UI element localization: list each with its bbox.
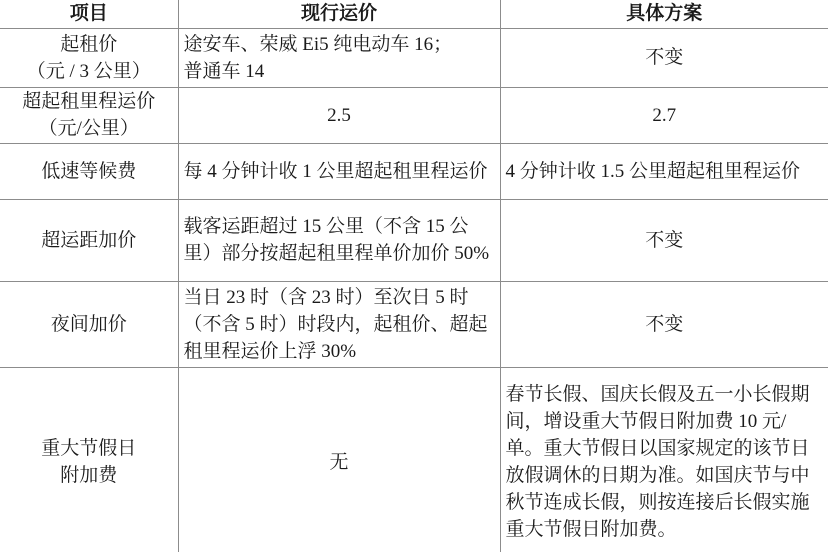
item-label: 低速等候费 <box>0 143 178 199</box>
table-row-night-surcharge: 夜间加价 当日 23 时（含 23 时）至次日 5 时（不含 5 时）时段内，起… <box>0 281 828 367</box>
table-row-major-holiday-surcharge: 重大节假日 附加费 无 春节长假、国庆长假及五一小长假期间，增设重大节假日附加费… <box>0 367 828 552</box>
item-label: 超运距加价 <box>0 199 178 281</box>
current-fare-cell: 载客运距超过 15 公里（不含 15 公里）部分按超起租里程单价加价 50% <box>178 199 500 281</box>
item-label: 起租价 （元 / 3 公里） <box>0 28 178 87</box>
fare-table: 项目 现行运价 具体方案 起租价 （元 / 3 公里） 途安车、荣威 Ei5 纯… <box>0 0 828 552</box>
item-label: 夜间加价 <box>0 281 178 367</box>
column-header-current-fare: 现行运价 <box>178 0 500 28</box>
current-fare-cell: 2.5 <box>178 87 500 143</box>
table-row-low-speed-waiting-fee: 低速等候费 每 4 分钟计收 1 公里超起租里程运价 4 分钟计收 1.5 公里… <box>0 143 828 199</box>
column-header-plan: 具体方案 <box>500 0 828 28</box>
plan-cell: 不变 <box>500 281 828 367</box>
current-fare-cell: 当日 23 时（含 23 时）至次日 5 时（不含 5 时）时段内，起租价、超起… <box>178 281 500 367</box>
plan-cell: 4 分钟计收 1.5 公里超起租里程运价 <box>500 143 828 199</box>
current-fare-cell: 途安车、荣威 Ei5 纯电动车 16； 普通车 14 <box>178 28 500 87</box>
column-header-item: 项目 <box>0 0 178 28</box>
item-label: 超起租里程运价 （元/公里） <box>0 87 178 143</box>
current-fare-cell: 每 4 分钟计收 1 公里超起租里程运价 <box>178 143 500 199</box>
table-row-over-base-mileage-rate: 超起租里程运价 （元/公里） 2.5 2.7 <box>0 87 828 143</box>
table-row-long-distance-surcharge: 超运距加价 载客运距超过 15 公里（不含 15 公里）部分按超起租里程单价加价… <box>0 199 828 281</box>
header-row: 项目 现行运价 具体方案 <box>0 0 828 28</box>
plan-cell: 不变 <box>500 28 828 87</box>
plan-cell: 2.7 <box>500 87 828 143</box>
item-label: 重大节假日 附加费 <box>0 367 178 552</box>
plan-cell: 不变 <box>500 199 828 281</box>
plan-cell: 春节长假、国庆长假及五一小长假期间，增设重大节假日附加费 10 元/单。重大节假… <box>500 367 828 552</box>
current-fare-cell: 无 <box>178 367 500 552</box>
table-row-base-fare: 起租价 （元 / 3 公里） 途安车、荣威 Ei5 纯电动车 16； 普通车 1… <box>0 28 828 87</box>
